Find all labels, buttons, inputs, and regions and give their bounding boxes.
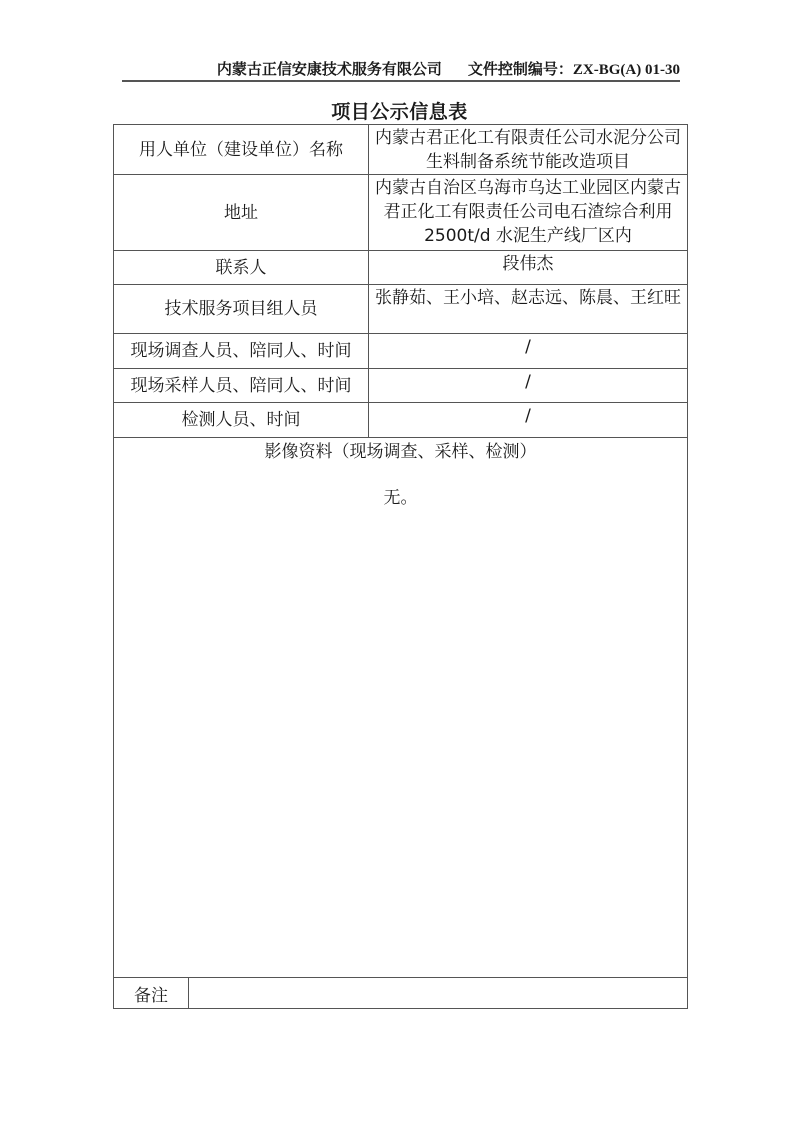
document-header: 内蒙古正信安康技术服务有限公司文件控制编号：ZX-BG(A) 01-30 xyxy=(122,58,680,82)
company-name: 内蒙古正信安康技术服务有限公司 xyxy=(217,60,442,78)
row-value-detection: / xyxy=(369,403,688,438)
row-label: 现场调查人员、陪同人、时间 xyxy=(114,334,369,369)
table-row: 技术服务项目组人员 张静茹、王小培、赵志远、陈晨、王红旺 xyxy=(114,285,688,334)
page-title: 项目公示信息表 xyxy=(113,97,686,124)
media-section: 影像资料（现场调查、采样、检测） 无。 xyxy=(114,438,688,978)
media-heading: 影像资料（现场调查、采样、检测） xyxy=(120,440,681,464)
media-content: 无。 xyxy=(120,486,681,510)
table-row: 用人单位（建设单位）名称 内蒙古君正化工有限责任公司水泥分公司生料制备系统节能改… xyxy=(114,125,688,175)
row-value-survey: / xyxy=(369,334,688,369)
project-info-table: 用人单位（建设单位）名称 内蒙古君正化工有限责任公司水泥分公司生料制备系统节能改… xyxy=(113,124,688,978)
table-row: 联系人 段伟杰 xyxy=(114,251,688,285)
row-value-contact: 段伟杰 xyxy=(369,251,688,285)
row-label: 地址 xyxy=(114,175,369,251)
table-row: 检测人员、时间 / xyxy=(114,403,688,438)
row-value-address: 内蒙古自治区乌海市乌达工业园区内蒙古君正化工有限责任公司电石渣综合利用 2500… xyxy=(369,175,688,251)
remarks-row: 备注 xyxy=(114,978,688,1009)
row-label: 现场采样人员、陪同人、时间 xyxy=(114,369,369,403)
doc-control-label: 文件控制编号： xyxy=(468,60,573,78)
remarks-table: 备注 xyxy=(113,977,688,1009)
media-row: 影像资料（现场调查、采样、检测） 无。 xyxy=(114,438,688,978)
row-value-team-members: 张静茹、王小培、赵志远、陈晨、王红旺 xyxy=(369,285,688,334)
row-value-employer-name: 内蒙古君正化工有限责任公司水泥分公司生料制备系统节能改造项目 xyxy=(369,125,688,175)
table-row: 现场采样人员、陪同人、时间 / xyxy=(114,369,688,403)
remarks-value xyxy=(189,978,688,1009)
row-label: 检测人员、时间 xyxy=(114,403,369,438)
row-label: 技术服务项目组人员 xyxy=(114,285,369,334)
table-row: 地址 内蒙古自治区乌海市乌达工业园区内蒙古君正化工有限责任公司电石渣综合利用 2… xyxy=(114,175,688,251)
doc-control-code: ZX-BG(A) 01-30 xyxy=(573,62,680,78)
remarks-label: 备注 xyxy=(114,978,189,1009)
row-value-sampling: / xyxy=(369,369,688,403)
row-label: 联系人 xyxy=(114,251,369,285)
table-row: 现场调查人员、陪同人、时间 / xyxy=(114,334,688,369)
row-label: 用人单位（建设单位）名称 xyxy=(114,125,369,175)
